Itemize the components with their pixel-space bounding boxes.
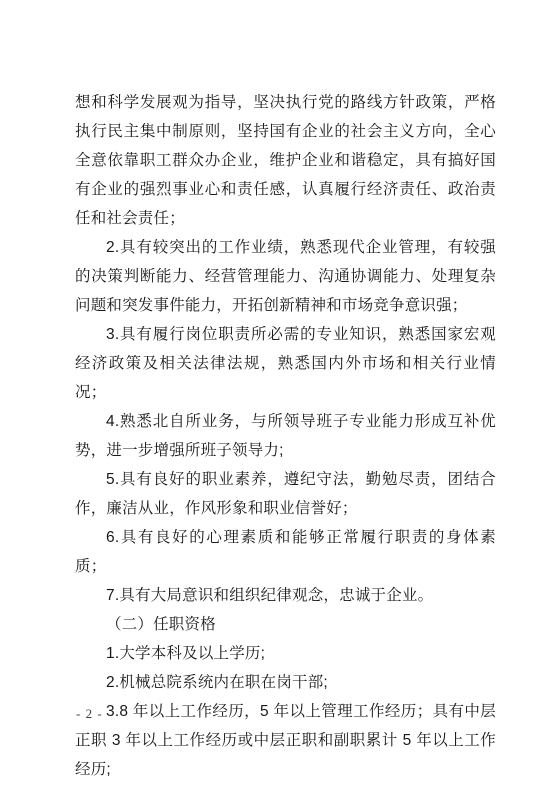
paragraph-item-2: 2.具有较突出的工作业绩，熟悉现代企业管理，有较强的决策判断能力、经营管理能力、… xyxy=(75,233,496,320)
paragraph-item-7: 7.具有大局意识和组织纪律观念，忠诚于企业。 xyxy=(75,581,496,610)
document-body: 想和科学发展观为指导，坚决执行党的路线方针政策，严格执行民主集中制原则，坚持国有… xyxy=(75,88,496,784)
document-page: 想和科学发展观为指导，坚决执行党的路线方针政策，严格执行民主集中制原则，坚持国有… xyxy=(0,0,558,786)
paragraph-item-5: 5.具有良好的职业素养，遵纪守法，勤勉尽责，团结合作，廉洁从业，作风形象和职业信… xyxy=(75,465,496,523)
paragraph-item-3: 3.具有履行岗位职责所必需的专业知识，熟悉国家宏观经济政策及相关法律法规，熟悉国… xyxy=(75,320,496,407)
paragraph-item-6: 6.具有良好的心理素质和能够正常履行职责的身体素质； xyxy=(75,523,496,581)
qualification-item-3: 3.8 年以上工作经历，5 年以上管理工作经历；具有中层正职 3 年以上工作经历… xyxy=(75,697,496,784)
page-number: - 2 - xyxy=(76,705,103,723)
paragraph-item-4: 4.熟悉北自所业务，与所领导班子专业能力形成互补优势，进一步增强所班子领导力; xyxy=(75,407,496,465)
section-heading-qualifications: （二）任职资格 xyxy=(75,610,496,639)
paragraph-continuation: 想和科学发展观为指导，坚决执行党的路线方针政策，严格执行民主集中制原则，坚持国有… xyxy=(75,88,496,233)
qualification-item-1: 1.大学本科及以上学历; xyxy=(75,639,496,668)
qualification-item-2: 2.机械总院系统内在职在岗干部; xyxy=(75,668,496,697)
